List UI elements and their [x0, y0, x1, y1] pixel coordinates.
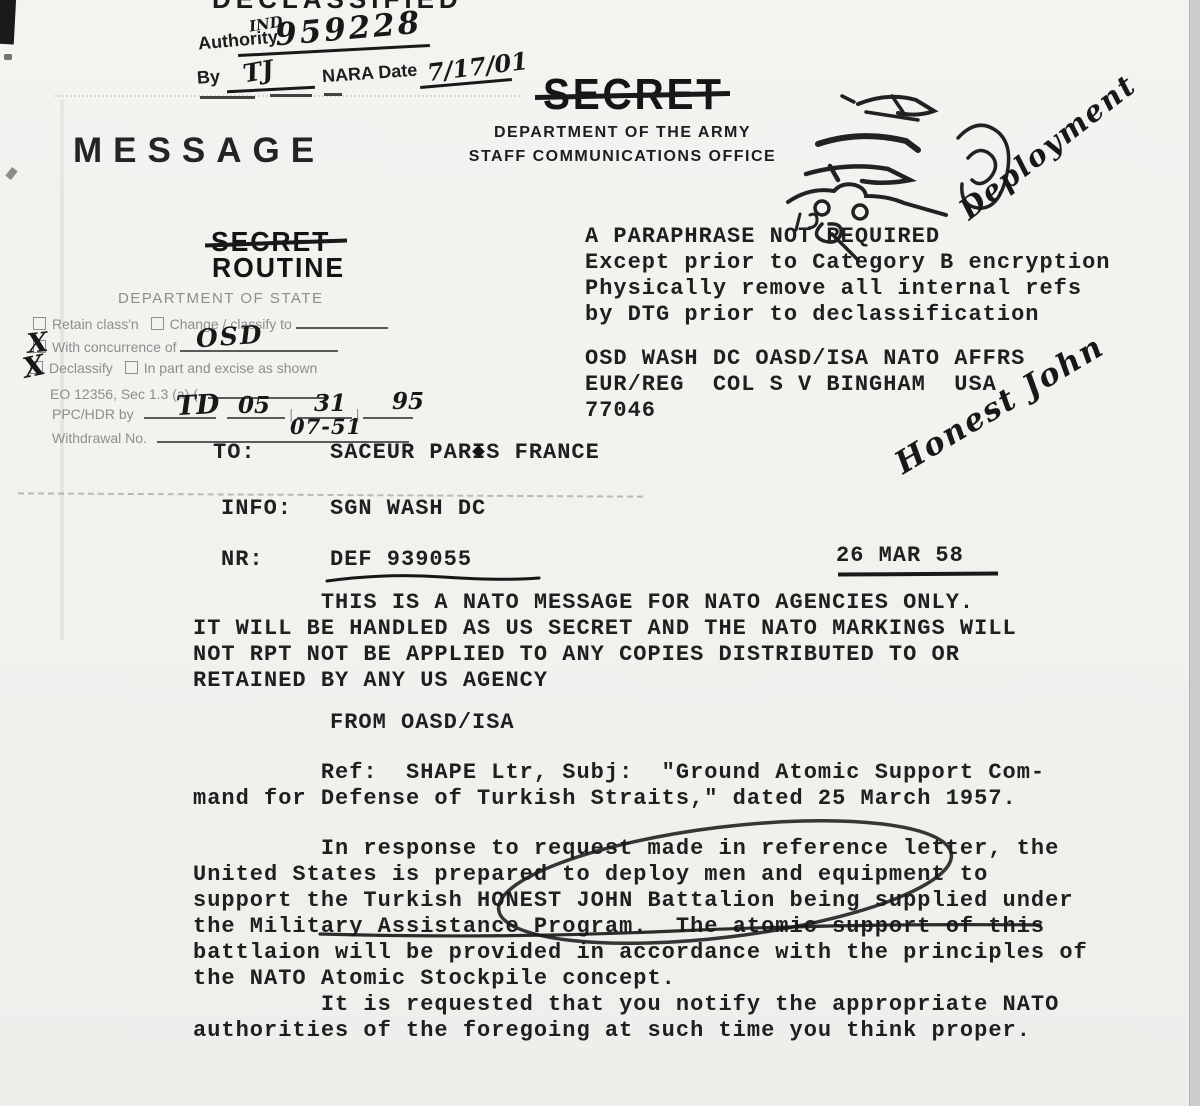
to-label: TO:: [213, 440, 256, 466]
scan-artifact-speck: [5, 167, 17, 180]
state-stamp-title: DEPARTMENT OF STATE: [118, 290, 323, 307]
masthead-dept: DEPARTMENT OF THE ARMY: [455, 124, 790, 142]
by-underline: [227, 86, 315, 94]
routing-precedence: ROUTINE: [212, 252, 345, 284]
info-value: SGN WASH DC: [330, 496, 486, 522]
ppc-label: PPC/HDR by: [52, 406, 134, 422]
ppc-day: 31: [314, 390, 346, 417]
stamp-stray-dash: [324, 93, 342, 96]
masthead-office: STAFF COMMUNICATIONS OFFICE: [450, 148, 795, 166]
from-line: FROM OASD/ISA: [330, 710, 515, 736]
scan-edge-strip: [1189, 0, 1200, 1106]
state-stamp-row-concurrence: With concurrence of: [33, 337, 338, 355]
concurrence-label: With concurrence of: [52, 339, 177, 355]
ppc-month: 05: [238, 392, 270, 419]
ref-paragraph: Ref: SHAPE Ltr, Subj: "Ground Atomic Sup…: [193, 760, 1045, 812]
nr-underline-annotation: [323, 572, 543, 584]
nr-label: NR:: [221, 547, 264, 573]
stamp-stray-dash: [270, 94, 312, 97]
concurrence-value: OSD: [195, 320, 264, 354]
declass-by-label: By: [196, 66, 220, 89]
nr-value: DEF 939055: [330, 547, 472, 573]
withdrawal-label: Withdrawal No.: [52, 430, 147, 446]
info-label: INFO:: [221, 496, 292, 522]
checkbox-icon: [151, 317, 164, 330]
checkbox-icon: [125, 361, 138, 374]
declass-by-value: TJ: [241, 55, 276, 89]
date-underline: [838, 571, 998, 576]
scan-artifact-corner: [0, 0, 16, 44]
declassify-label: Declassify: [49, 360, 113, 376]
scan-artifact-speck: [4, 54, 12, 60]
blank-rule: [296, 314, 388, 329]
inpart-label: In part and excise as shown: [144, 360, 318, 376]
withdrawal-value: 07-51: [290, 414, 362, 439]
to-value: SACEUR PARIS FRANCE: [330, 440, 600, 466]
nara-date-label: NARA Date: [321, 60, 418, 88]
message-label: MESSAGE: [73, 131, 325, 171]
underline-annotation-icon: [315, 918, 1045, 940]
state-stamp-row-declassify: Declassify In part and excise as shown: [30, 360, 317, 376]
scanned-document-page: DECLASSIFIED Authority IND 959228 By TJ …: [0, 0, 1200, 1106]
ppc-year: 95: [392, 388, 424, 415]
stamp-stray-dash: [200, 96, 255, 99]
retain-label: Retain class'n: [52, 316, 139, 332]
paraphrase-instructions: A PARAPHRASE NOT REQUIRED Except prior t…: [585, 224, 1110, 328]
ppc-value: TD: [175, 389, 220, 422]
nato-notice-paragraph: THIS IS A NATO MESSAGE FOR NATO AGENCIES…: [193, 590, 1017, 694]
date-field: 26 MAR 58: [836, 543, 964, 569]
